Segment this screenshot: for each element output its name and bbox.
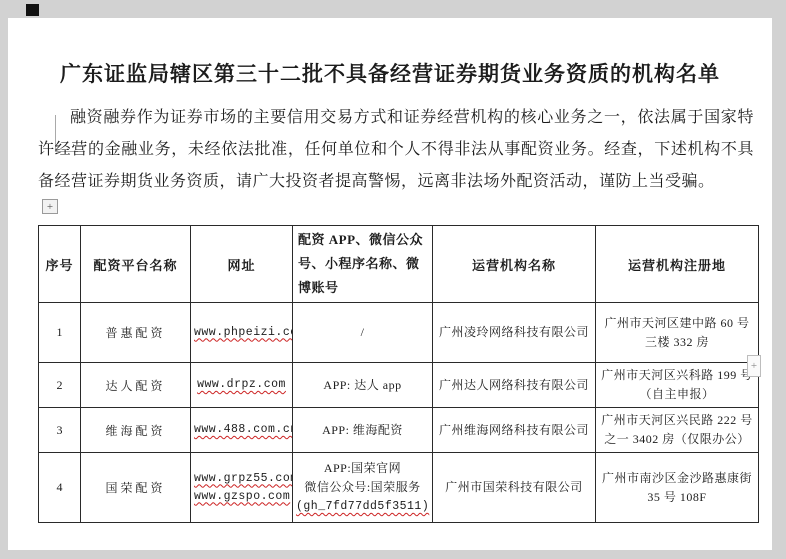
app-account-line: 微信公众号:国荣服务: [296, 478, 429, 497]
cell-registered-address: 广州市天河区兴科路 199 号（自主申报）: [596, 363, 759, 408]
cell-registered-address: 广州市南沙区金沙路惠康街 35 号 108F: [596, 453, 759, 523]
header-registered-address: 运营机构注册地: [596, 226, 759, 303]
cell-platform-name: 国荣配资: [81, 453, 191, 523]
cell-registered-address: 广州市天河区兴民路 222 号之一 3402 房（仅限办公）: [596, 408, 759, 453]
cell-registered-address: 广州市天河区建中路 60 号三楼 332 房: [596, 303, 759, 363]
cell-platform-name: 维海配资: [81, 408, 191, 453]
cell-app-accounts: /: [293, 303, 433, 363]
app-account-line: /: [296, 323, 429, 342]
cell-serial: 2: [39, 363, 81, 408]
cell-website: www.phpeizi.com: [191, 303, 293, 363]
header-website: 网址: [191, 226, 293, 303]
app-account-line: APP: 维海配资: [296, 421, 429, 440]
cell-operator-name: 广州维海网络科技有限公司: [433, 408, 596, 453]
app-account-line: (gh_7fd77dd5f3511): [296, 497, 429, 516]
app-account-line: APP:国荣官网: [296, 459, 429, 478]
page-corner-marker: [26, 4, 39, 16]
app-account-line: APP: 达人 app: [296, 376, 429, 395]
cell-website: www.488.com.cn: [191, 408, 293, 453]
intro-paragraph: 融资融券作为证券市场的主要信用交易方式和证券经营机构的核心业务之一，依法属于国家…: [38, 102, 754, 198]
header-serial: 序号: [39, 226, 81, 303]
cell-operator-name: 广州凌玲网络科技有限公司: [433, 303, 596, 363]
cell-serial: 3: [39, 408, 81, 453]
header-app-accounts: 配资 APP、微信公众号、小程序名称、微博账号: [293, 226, 433, 303]
cell-platform-name: 达人配资: [81, 363, 191, 408]
website-url: www.gzspo.com: [194, 488, 289, 506]
website-url: www.phpeizi.com: [194, 324, 289, 342]
document-title: 广东证监局辖区第三十二批不具备经营证券期货业务资质的机构名单: [8, 58, 772, 88]
header-operator-name: 运营机构名称: [433, 226, 596, 303]
plus-glyph: +: [751, 360, 757, 372]
cell-app-accounts: APP:国荣官网 微信公众号:国荣服务 (gh_7fd77dd5f3511): [293, 453, 433, 523]
website-url: www.488.com.cn: [194, 421, 289, 439]
website-url: www.grpz55.com: [194, 470, 289, 488]
header-platform-name: 配资平台名称: [81, 226, 191, 303]
plus-icon[interactable]: +: [747, 355, 761, 377]
move-handle-glyph: +: [47, 201, 53, 213]
cell-serial: 1: [39, 303, 81, 363]
cell-operator-name: 广州市国荣科技有限公司: [433, 453, 596, 523]
table-row: 4 国荣配资 www.grpz55.com www.gzspo.com APP:…: [39, 453, 759, 523]
cell-app-accounts: APP: 维海配资: [293, 408, 433, 453]
cell-serial: 4: [39, 453, 81, 523]
table-move-handle-icon[interactable]: +: [42, 199, 58, 214]
cell-website: www.drpz.com: [191, 363, 293, 408]
document-page: 广东证监局辖区第三十二批不具备经营证券期货业务资质的机构名单 融资融券作为证券市…: [8, 18, 772, 550]
table-row: 1 普惠配资 www.phpeizi.com / 广州凌玲网络科技有限公司 广州…: [39, 303, 759, 363]
cell-website: www.grpz55.com www.gzspo.com: [191, 453, 293, 523]
table-header-row: 序号 配资平台名称 网址 配资 APP、微信公众号、小程序名称、微博账号 运营机…: [39, 226, 759, 303]
website-url: www.drpz.com: [194, 376, 289, 394]
institutions-table: 序号 配资平台名称 网址 配资 APP、微信公众号、小程序名称、微博账号 运营机…: [38, 225, 759, 523]
cell-app-accounts: APP: 达人 app: [293, 363, 433, 408]
cell-platform-name: 普惠配资: [81, 303, 191, 363]
table-row: 2 达人配资 www.drpz.com APP: 达人 app 广州达人网络科技…: [39, 363, 759, 408]
cell-operator-name: 广州达人网络科技有限公司: [433, 363, 596, 408]
table-row: 3 维海配资 www.488.com.cn APP: 维海配资 广州维海网络科技…: [39, 408, 759, 453]
